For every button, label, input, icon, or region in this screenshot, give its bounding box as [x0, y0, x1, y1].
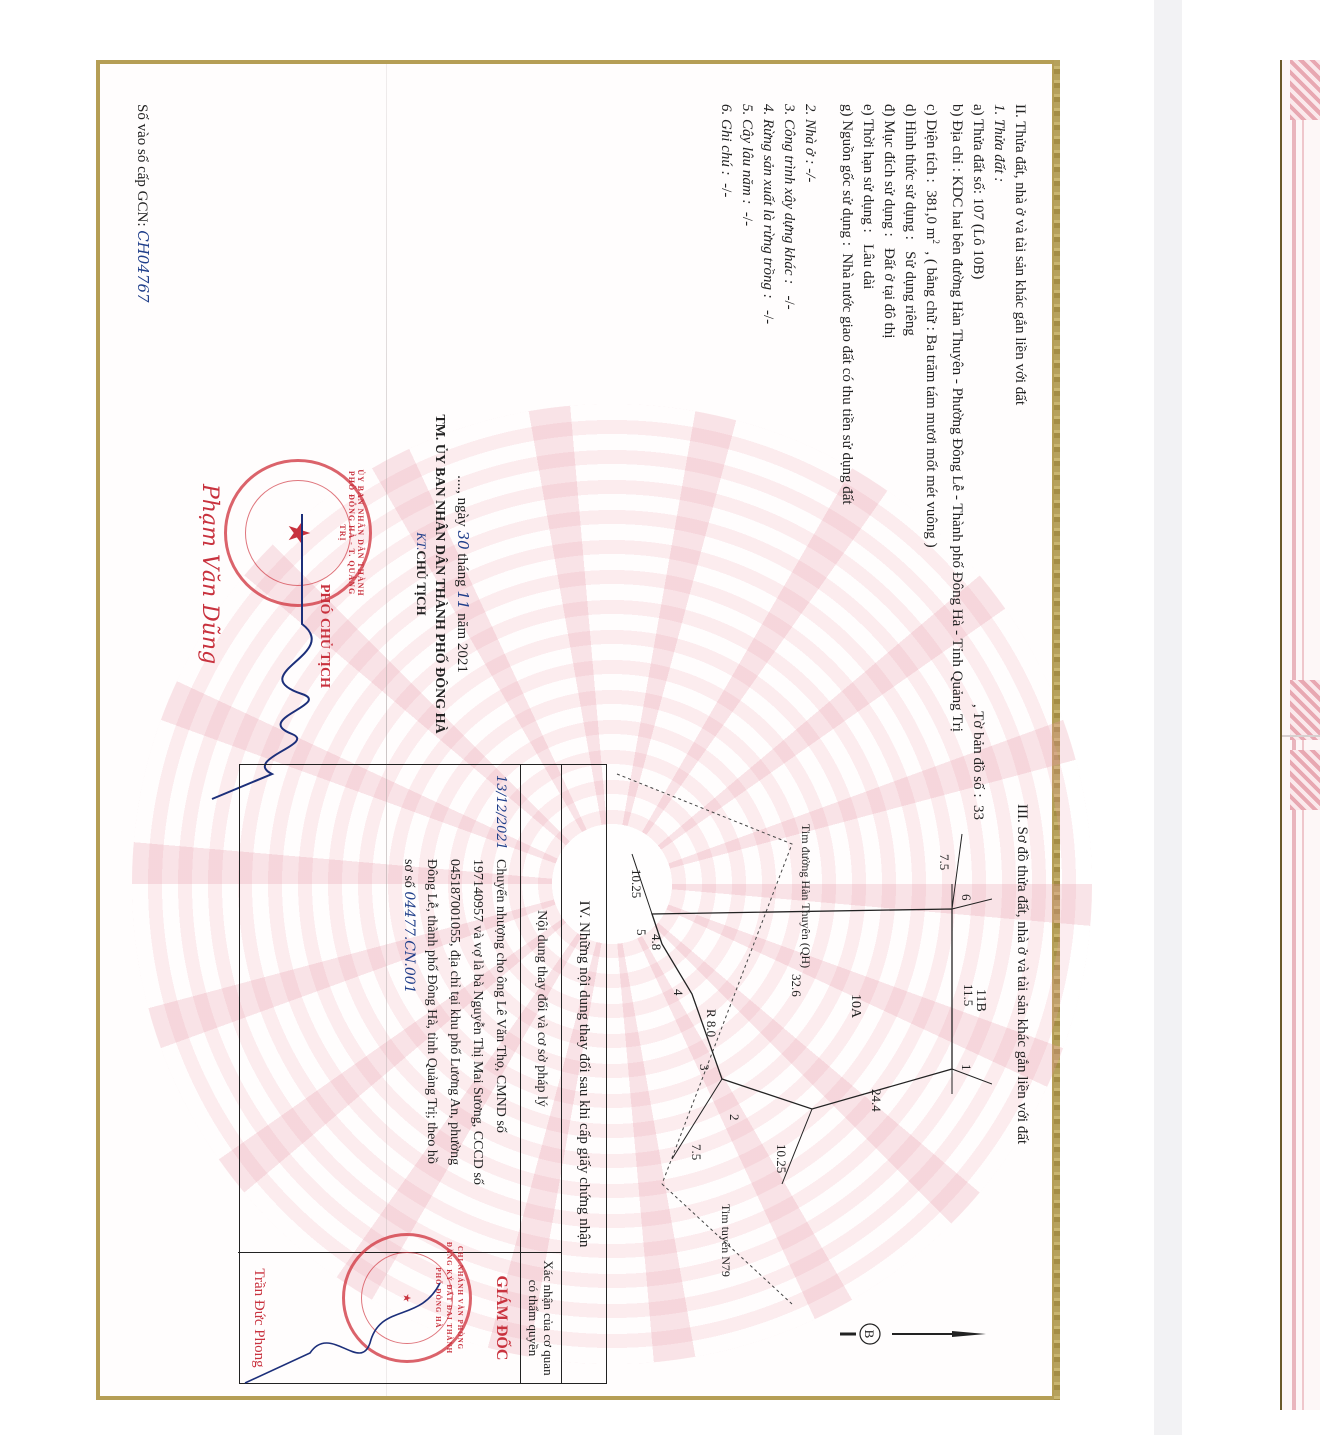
- change-line: 197140957 và vợ là bà Nguyễn Thị Mai Sươ…: [466, 859, 489, 1242]
- forest-value: -/-: [760, 310, 776, 324]
- signer-role: KT.CHỦ TỊCH: [413, 364, 429, 784]
- parcel-value: 107 (Lô 10B): [970, 198, 986, 280]
- seal-inner-ring: [245, 480, 351, 586]
- city-committee-seal: ỦY BAN NHÂN DÂN THÀNH PHỐ ĐÔNG HÀ - T. Q…: [224, 459, 372, 607]
- section-plot-diagram-heading: III. Sơ đồ thửa đất, nhà ở và tài sản kh…: [1013, 804, 1030, 1144]
- svg-text:10A: 10A: [848, 994, 863, 1019]
- svg-text:4.8: 4.8: [649, 934, 664, 950]
- issuing-org: TM. ỦY BAN NHÂN DÂN THÀNH PHỐ ĐÔNG HÀ: [431, 364, 447, 784]
- signer-name: Phạm Văn Dũng: [197, 484, 222, 664]
- other-works-label: 3. Công trình xây dựng khác :: [781, 104, 797, 284]
- area-in-words: , ( bằng chữ : Ba trăm tám mươi mốt mét …: [923, 251, 939, 547]
- changes-row: 13/12/2021 Chuyển nhượng cho ông Lê Văn …: [238, 765, 520, 1383]
- changes-header-row: Nội dung thay đổi và cơ sở pháp lý Xác n…: [520, 765, 561, 1383]
- month-label: tháng: [454, 553, 470, 586]
- svg-text:7.5: 7.5: [689, 1144, 704, 1160]
- term-label: e) Thời hạn sử dụng :: [860, 104, 876, 233]
- col-header-content: Nội dung thay đổi và cơ sở pháp lý: [521, 765, 561, 1253]
- purpose-label: đ) Mục đích sử dụng :: [881, 104, 897, 237]
- origin-label: g) Nguồn gốc sử dụng :: [839, 104, 855, 246]
- director-title: GIÁM ĐỐC: [492, 1253, 510, 1383]
- ornament-icon: [1290, 750, 1320, 810]
- change-line: Đông Lễ, thành phố Đông Hà, tỉnh Quảng T…: [420, 859, 443, 1242]
- date-prefix: ...., ngày: [454, 475, 470, 527]
- changes-heading: IV. Những nội dung thay đổi sau khi cấp …: [561, 765, 606, 1383]
- file-number: 04477.CN.001: [401, 891, 417, 993]
- issue-month: 11: [454, 590, 472, 609]
- purpose-value: Đất ở tại đô thị: [881, 248, 897, 338]
- file-prefix: sơ số: [401, 859, 416, 888]
- area-label: c) Diện tích :: [923, 104, 939, 183]
- usage-form-value: Sử dụng riêng: [902, 251, 918, 336]
- perennial-value: -/-: [739, 212, 755, 226]
- svg-text:32.6: 32.6: [789, 974, 804, 997]
- changes-table: IV. Những nội dung thay đổi sau khi cấp …: [239, 764, 607, 1384]
- vice-chairman-label: PHÓ CHỦ TỊCH: [316, 584, 332, 688]
- svg-text:B: B: [862, 1330, 877, 1339]
- svg-text:10.25: 10.25: [774, 1144, 789, 1173]
- director-name: Trần Đức Phong: [250, 1253, 267, 1383]
- notes-label: 6. Ghi chú :: [718, 104, 734, 176]
- land-certificate-page: II. Thửa đất, nhà ở và tài sản khác gắn …: [96, 60, 1056, 1400]
- perennial-label: 5. Cây lâu năm :: [739, 104, 755, 204]
- origin-value: Nhà nước giao đất có thu tiền sử dụng đấ…: [839, 253, 855, 504]
- svg-text:4: 4: [671, 989, 686, 996]
- other-works-value: -/-: [781, 295, 797, 309]
- seal-text: ỦY BAN NHÂN DÂN THÀNH PHỐ ĐÔNG HÀ - T. Q…: [338, 462, 365, 604]
- confirmation-cell: GIÁM ĐỐC CHI NHÁNH VĂN PHÒNG ĐĂNG KÝ ĐẤT…: [238, 1253, 520, 1383]
- svg-text:Tim đường Hàn Thuyên (QH): Tim đường Hàn Thuyên (QH): [799, 824, 813, 968]
- svg-text:24.4: 24.4: [869, 1089, 884, 1112]
- seal-text: CHI NHÁNH VĂN PHÒNG ĐĂNG KÝ ĐẤT ĐAI THÀN…: [432, 1236, 465, 1360]
- change-entry: 13/12/2021 Chuyển nhượng cho ông Lê Văn …: [238, 765, 520, 1253]
- notes-value: -/-: [718, 183, 734, 197]
- svg-text:11B: 11B: [973, 989, 988, 1012]
- registry-label: Số vào sổ cấp GCN:: [134, 104, 150, 227]
- ornament-icon: [1290, 60, 1320, 120]
- issuer-signature-block: ...., ngày 30 tháng 11 năm 2021 TM. ỦY B…: [413, 364, 472, 784]
- viewer-gutter: [1154, 0, 1182, 1435]
- issue-day: 30: [454, 531, 472, 550]
- address-value: KDC hai bên đường Hàn Thuyên - Phường Đô…: [949, 176, 965, 732]
- usage-form-label: d) Hình thức sử dụng :: [902, 104, 918, 240]
- svg-text:3: 3: [697, 1064, 712, 1071]
- gilded-edge: [1054, 60, 1060, 1400]
- issue-date: ...., ngày 30 tháng 11 năm 2021: [453, 364, 472, 784]
- land-registry-seal: CHI NHÁNH VĂN PHÒNG ĐĂNG KÝ ĐẤT ĐAI THÀN…: [342, 1233, 472, 1363]
- role-prefix: KT.: [414, 532, 429, 550]
- next-page-preview[interactable]: [1280, 60, 1320, 1410]
- ornament-icon: [1290, 680, 1320, 740]
- svg-text:R 8.0: R 8.0: [704, 1009, 719, 1037]
- term-value: Lâu dài: [860, 244, 876, 289]
- forest-label: 4. Rừng sản xuất là rừng trồng :: [760, 104, 776, 299]
- svg-text:5: 5: [634, 929, 649, 936]
- change-line: Chuyển nhượng cho ông Lê Văn Thọ, CMND s…: [489, 859, 512, 1242]
- change-line: 045187001055, địa chỉ tại khu phố Lương …: [443, 859, 466, 1242]
- area-value: 381,0 m: [923, 190, 939, 239]
- svg-text:6: 6: [959, 894, 974, 901]
- svg-text:10.25: 10.25: [629, 869, 644, 898]
- parcel-label: a) Thửa đất số:: [970, 104, 986, 194]
- col-header-confirm: Xác nhận của cơ quan có thẩm quyền: [521, 1253, 561, 1383]
- registry-number: Số vào sổ cấp GCN: CH04767: [133, 104, 152, 303]
- change-date: 13/12/2021: [397, 775, 512, 859]
- registry-value: CH04767: [134, 230, 152, 302]
- svg-text:Tim tuyến N79: Tim tuyến N79: [719, 1204, 733, 1277]
- address-label: b) Địa chỉ :: [949, 104, 965, 172]
- plot-diagram: 1 2 3 4 5 6 11.5 32.6 24.4 4.8 R 8.0 7.5…: [612, 764, 992, 1324]
- svg-text:1: 1: [959, 1064, 974, 1071]
- svg-text:2: 2: [727, 1114, 742, 1121]
- area-unit-sup: 2: [931, 239, 941, 244]
- role-title: CHỦ TỊCH: [414, 551, 429, 616]
- file-number-line: sơ số 04477.CN.001: [397, 859, 420, 1242]
- svg-text:7.5: 7.5: [937, 854, 952, 870]
- page-separator: [1282, 735, 1320, 737]
- year-label: năm 2021: [454, 613, 470, 673]
